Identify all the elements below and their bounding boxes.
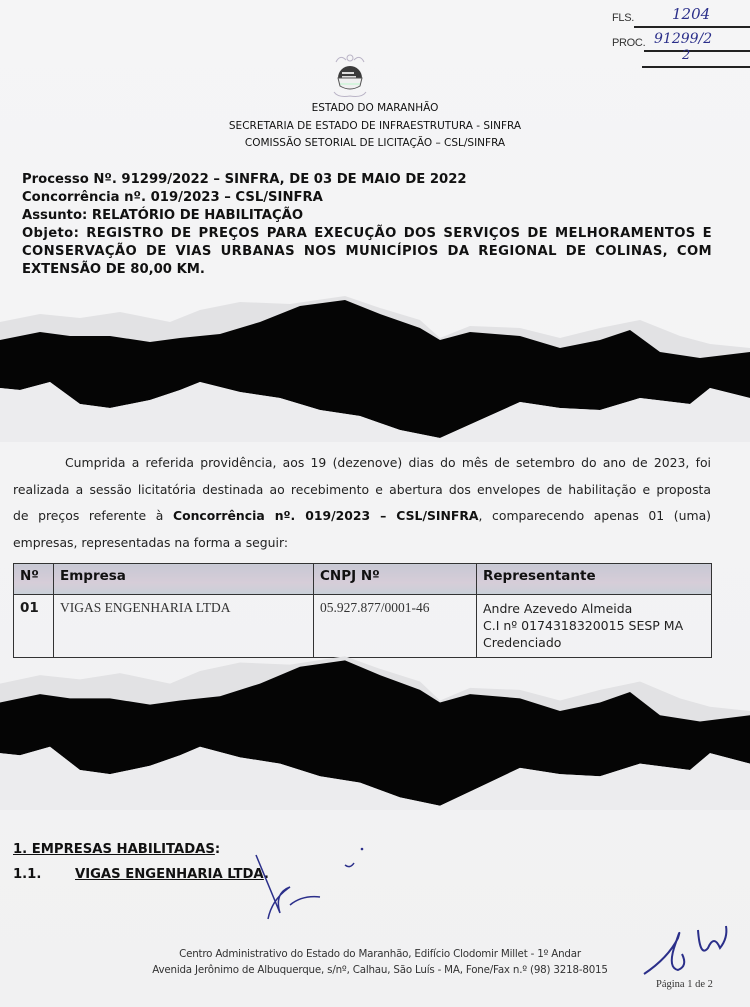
proc-label: PROC. <box>612 37 645 49</box>
torn-paper-divider <box>0 652 750 810</box>
concorrencia-ref: Concorrência nº. 019/2023 – CSL/SINFRA <box>173 508 478 523</box>
header-commission: COMISSÃO SETORIAL DE LICITAÇÃO – CSL/SIN… <box>0 137 750 149</box>
document-page: FLS. 1204 PROC. 91299/2 2 ESTADO DO MARA… <box>0 0 750 1007</box>
initials-signature-icon <box>638 918 738 978</box>
table-row: 01 VIGAS ENGENHARIA LTDA 05.927.877/0001… <box>14 595 712 658</box>
processo-line: Processo Nº. 91299/2022 – SINFRA, DE 03 … <box>22 171 712 189</box>
page-number: Página 1 de 2 <box>656 979 713 990</box>
rep-name: Andre Azevedo Almeida <box>483 600 705 617</box>
body-line-1: Cumprida a referida providência, aos 19 … <box>13 450 711 477</box>
col-num: Nº <box>14 564 54 595</box>
body-line-2: realizada a sessão licitatória destinada… <box>13 477 711 504</box>
rep-status: Credenciado <box>483 634 705 651</box>
cell-cnpj: 05.927.877/0001-46 <box>314 595 477 658</box>
fls-value: 1204 <box>672 5 710 23</box>
header-secretariat: SECRETARIA DE ESTADO DE INFRAESTRUTURA -… <box>0 120 750 132</box>
signature-icon <box>250 835 370 925</box>
col-cnpj: CNPJ Nº <box>314 564 477 595</box>
proc-value: 91299/2 <box>654 31 712 47</box>
objeto-line-1: Objeto: REGISTRO DE PREÇOS PARA EXECUÇÃO… <box>22 225 712 243</box>
companies-table: Nº Empresa CNPJ Nº Representante 01 VIGA… <box>13 563 712 658</box>
table-header-row: Nº Empresa CNPJ Nº Representante <box>14 564 712 595</box>
section-company-item: 1.1.VIGAS ENGENHARIA LTDA. <box>13 867 269 882</box>
col-representante: Representante <box>477 564 712 595</box>
header-state: ESTADO DO MARANHÃO <box>0 102 750 114</box>
torn-paper-divider <box>0 292 750 442</box>
objeto-line-2: CONSERVAÇÃO DE VIAS URBANAS NOS MUNICÍPI… <box>22 243 712 261</box>
body-line-3: de preços referente à Concorrência nº. 0… <box>13 503 711 530</box>
cell-representante: Andre Azevedo Almeida C.I nº 01743183200… <box>477 595 712 658</box>
cell-num: 01 <box>14 595 54 658</box>
body-paragraph: Cumprida a referida providência, aos 19 … <box>13 450 711 556</box>
coat-of-arms-icon <box>328 52 372 100</box>
process-info: Processo Nº. 91299/2022 – SINFRA, DE 03 … <box>22 171 712 279</box>
fls-label: FLS. <box>612 12 634 24</box>
rep-id: C.I nº 0174318320015 SESP MA <box>483 617 705 634</box>
folio-stamp: FLS. 1204 PROC. 91299/2 2 <box>612 10 750 80</box>
objeto-line-3: EXTENSÃO DE 80,00 KM. <box>22 261 712 279</box>
assunto-line: Assunto: RELATÓRIO DE HABILITAÇÃO <box>22 207 712 225</box>
concorrencia-line: Concorrência nº. 019/2023 – CSL/SINFRA <box>22 189 712 207</box>
col-empresa: Empresa <box>54 564 314 595</box>
body-line-4: empresas, representadas na forma a segui… <box>13 530 711 557</box>
cell-empresa: VIGAS ENGENHARIA LTDA <box>54 595 314 658</box>
proc-value-2: 2 <box>682 48 690 63</box>
section-enabled-companies: 1. EMPRESAS HABILITADAS: <box>13 842 220 857</box>
